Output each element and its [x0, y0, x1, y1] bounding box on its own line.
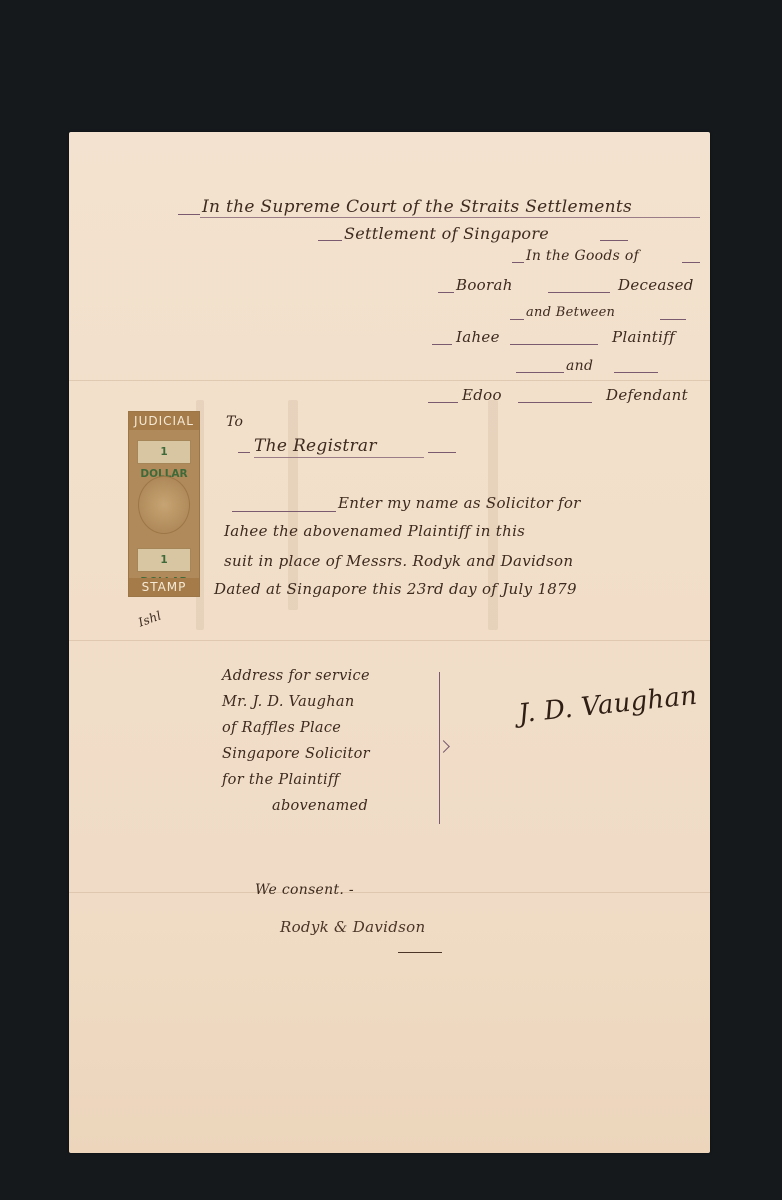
ruling-line	[614, 372, 658, 373]
defendant-name: Edoo	[462, 386, 502, 404]
ruling-line	[600, 240, 628, 241]
ruling-line	[660, 319, 686, 320]
goods-heading: In the Goods of	[526, 248, 639, 264]
settlement-heading: Settlement of Singapore	[344, 224, 549, 243]
ruling-line	[428, 402, 458, 403]
and-between: and Between	[526, 305, 615, 320]
judicial-stamp: JUDICIAL 1 DOLLAR 1 DOLLAR STAMP	[128, 411, 200, 597]
ruling-line	[518, 402, 592, 403]
ruling-line	[512, 262, 524, 263]
address-line: Mr. J. D. Vaughan	[222, 694, 354, 710]
deceased-name: Boorah	[456, 276, 513, 294]
body-line-4-date: Dated at Singapore this 23rd day of July…	[214, 580, 577, 598]
stamp-value-bottom: 1 DOLLAR	[137, 548, 191, 572]
deceased-label: Deceased	[618, 276, 694, 294]
address-line: Singapore Solicitor	[222, 746, 370, 762]
body-line-3: suit in place of Messrs. Rodyk and David…	[224, 552, 573, 570]
ruling-line	[178, 214, 200, 215]
ruling-line	[548, 292, 610, 293]
ruling-line	[510, 344, 598, 345]
address-line: for the Plaintiff	[222, 772, 339, 788]
fold-line	[69, 640, 710, 641]
address-line: Address for service	[222, 668, 370, 684]
body-line-1: Enter my name as Solicitor for	[338, 494, 581, 512]
ruling-line	[238, 452, 250, 453]
address-bracket	[431, 672, 440, 824]
ruling-line	[432, 344, 452, 345]
stamp-value-top: 1 DOLLAR	[137, 440, 191, 464]
ruling-line	[682, 262, 700, 263]
stamp-bottom-label: STAMP	[129, 578, 199, 596]
plaintiff-label: Plaintiff	[612, 328, 675, 346]
address-line: of Raffles Place	[222, 720, 341, 736]
ruling-line	[318, 240, 342, 241]
stamp-portrait-medallion	[138, 476, 190, 534]
bleed-mark	[288, 400, 298, 610]
consent-text: We consent. -	[255, 882, 354, 898]
registrar-text: The Registrar	[254, 436, 377, 456]
ruling-line	[398, 952, 442, 953]
and-text: and	[566, 358, 593, 374]
stamp-top-label: JUDICIAL	[129, 412, 199, 430]
defendant-label: Defendant	[606, 386, 688, 404]
court-heading: In the Supreme Court of the Straits Sett…	[202, 197, 632, 217]
fold-line	[69, 380, 710, 381]
ruling-line	[516, 372, 564, 373]
ruling-line	[254, 457, 424, 458]
ruling-line	[232, 511, 336, 512]
to-text: To	[226, 414, 243, 430]
consent-signature: Rodyk & Davidson	[280, 918, 425, 936]
document-page	[69, 132, 710, 1153]
ruling-line	[510, 319, 524, 320]
ruling-line	[438, 292, 454, 293]
address-line: abovenamed	[272, 798, 368, 814]
ruling-line	[200, 217, 700, 218]
body-line-2: Iahee the abovenamed Plaintiff in this	[224, 522, 525, 540]
ruling-line	[428, 452, 456, 453]
fold-line	[69, 892, 710, 893]
plaintiff-name: Iahee	[456, 328, 500, 346]
